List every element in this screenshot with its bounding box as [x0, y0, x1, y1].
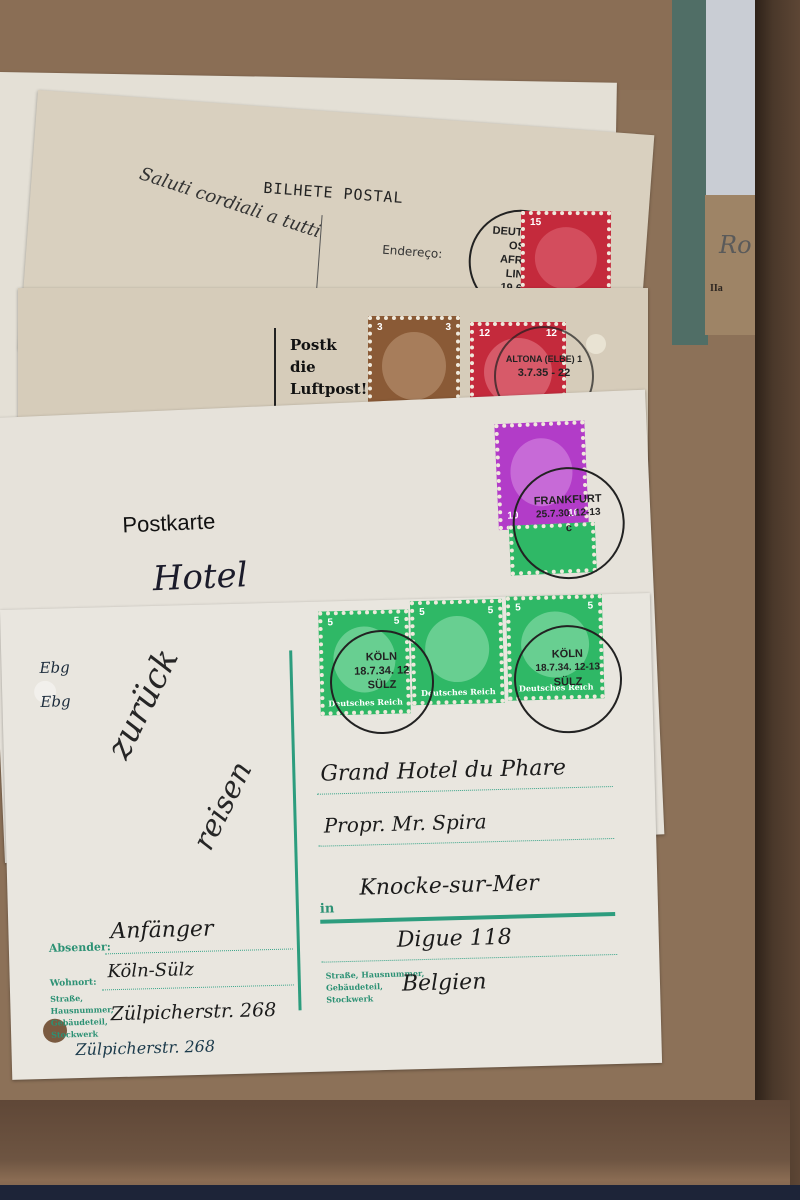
sender-name: Anfänger	[110, 917, 214, 945]
back-label-code: IIa	[710, 283, 723, 294]
portrait-icon	[424, 615, 490, 683]
dotted-line	[318, 838, 614, 847]
postcard-koeln-sulz[interactable]: EbgEbg zurück reisen Absender: Anfänger …	[0, 593, 662, 1080]
card-title: Postkarte	[122, 509, 216, 539]
dotted-line	[102, 984, 294, 990]
handwritten-message: Saluti cordiali a tutti	[136, 161, 324, 245]
street: Zülpicherstr. 268	[110, 999, 276, 1025]
city-underline	[320, 912, 615, 924]
dotted-line	[317, 786, 613, 795]
in-label: in	[320, 901, 335, 916]
street-blue: Zülpicherstr. 268	[75, 1037, 215, 1060]
residence-label: Wohnort:	[50, 978, 97, 989]
recipient-line-2: Propr. Mr. Spira	[323, 809, 486, 837]
back-handwriting: Ro	[719, 231, 752, 259]
dotted-line	[321, 954, 617, 963]
punch-hole	[586, 334, 606, 354]
dotted-line	[105, 948, 293, 954]
table-surface	[0, 1185, 800, 1200]
city: Knocke-sur-Mer	[359, 871, 539, 901]
form-divider	[289, 650, 301, 1010]
country: Belgien	[402, 969, 487, 996]
street-address: Digue 118	[396, 925, 512, 953]
card-title: BILHETE POSTAL	[263, 179, 404, 207]
sender-label: Absender:	[49, 940, 111, 955]
pencil-code: EbgEbg	[39, 650, 71, 719]
residence: Köln-Sülz	[107, 959, 194, 982]
handwritten-hotel: Hotel	[152, 555, 248, 599]
diagonal-note: zurück	[99, 642, 187, 765]
teal-folder-edge	[672, 0, 708, 345]
postmark-koeln-sulz-2: KÖLN18.7.34. 12-13SÜLZ	[513, 624, 624, 735]
address-label: Endereço:	[382, 243, 443, 261]
box-side-wall	[755, 0, 800, 1200]
diagonal-note-2: reisen	[186, 756, 259, 856]
recipient-line-1: Grand Hotel du Phare	[320, 755, 566, 786]
portrait-icon	[535, 227, 597, 289]
portrait-icon	[382, 332, 446, 400]
